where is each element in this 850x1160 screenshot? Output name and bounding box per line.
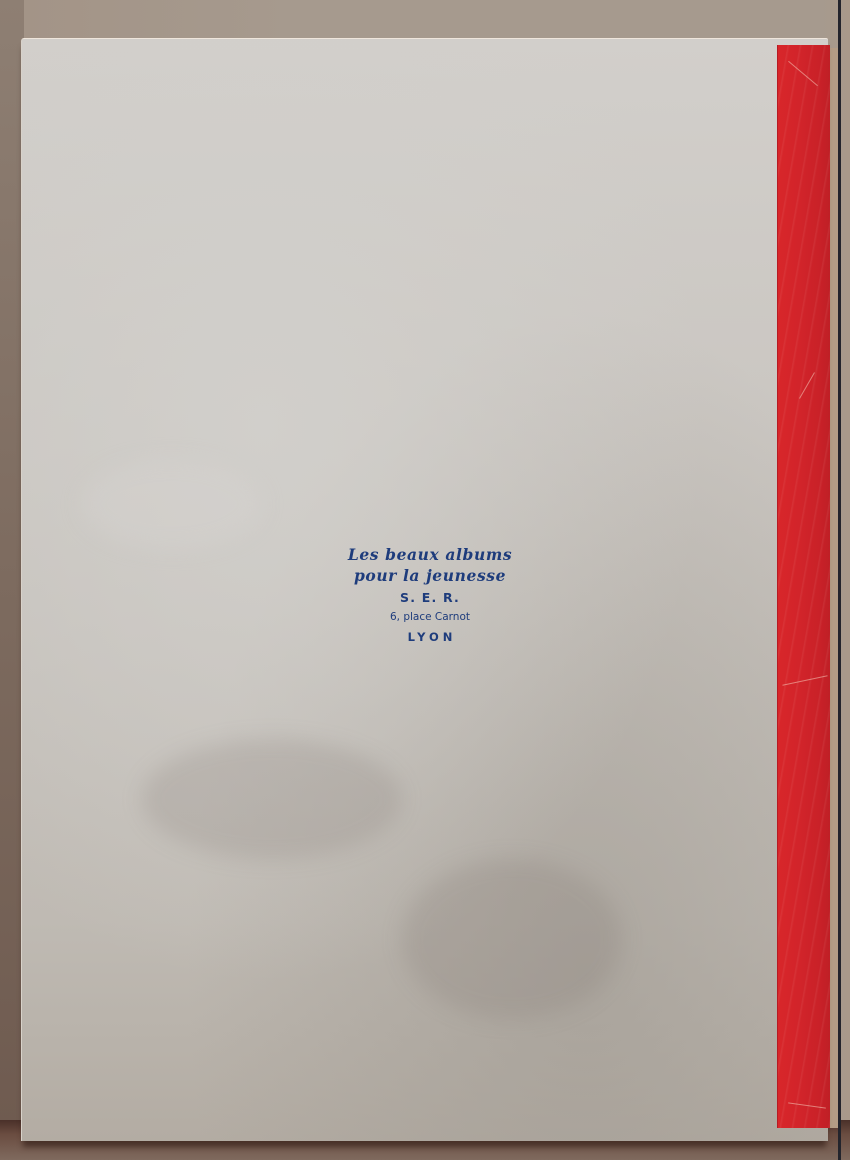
spine-scuff (788, 61, 818, 86)
spine-scuff (788, 1102, 826, 1108)
publisher-imprint: Les beaux albums pour la jeunesse S. E. … (320, 544, 540, 648)
tagline-line-2: pour la jeunesse (320, 565, 540, 586)
paper-stain (142, 739, 402, 859)
publisher-city: LYON (320, 626, 540, 648)
tagline-line-1: Les beaux albums (320, 544, 540, 565)
publisher-name: S. E. R. (320, 587, 540, 609)
spine-scuff (799, 372, 815, 398)
cardboard-edge (830, 48, 838, 1128)
publisher-address: 6, place Carnot (320, 609, 540, 626)
cable-line (838, 0, 841, 1160)
spine-crease (782, 675, 827, 686)
paper-highlight (82, 459, 262, 549)
red-spine (777, 45, 830, 1128)
paper-stain (402, 859, 622, 1019)
